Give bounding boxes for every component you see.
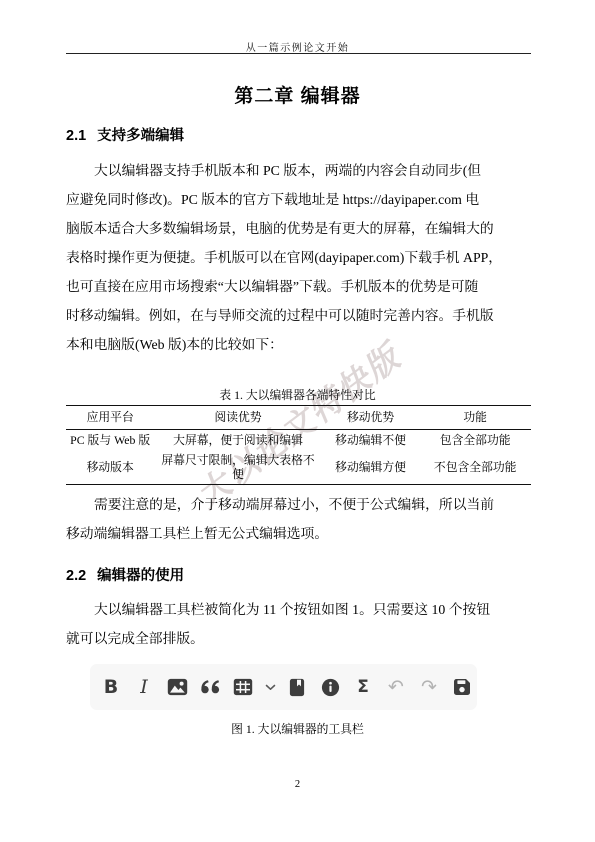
- figure-caption: 图 1. 大以编辑器的工具栏: [0, 720, 595, 737]
- table-cell: 屏幕尺寸限制，编辑大表格不便: [154, 450, 321, 485]
- paragraph-2: 需要注意的是，介于移动端屏幕过小，不便于公式编辑，所以当前 移动端编辑器工具栏上…: [66, 490, 531, 548]
- table-cell: PC 版与 Web 版: [66, 430, 154, 451]
- chapter-title: 第二章 编辑器: [0, 81, 595, 108]
- image-icon: [164, 671, 190, 703]
- section-title: 编辑器的使用: [97, 568, 184, 584]
- table-icon: [230, 671, 256, 703]
- section-number: 2.1: [66, 128, 86, 144]
- text-line: 应避免同时修改)。PC 版本的官方下载地址是 https://dayipaper…: [66, 185, 531, 214]
- undo-icon: ↶: [383, 671, 409, 703]
- paragraph-3: 大以编辑器工具栏被简化为 11 个按钮如图 1。只需要这 10 个按钮 就可以完…: [66, 595, 531, 653]
- table-cell: 移动编辑方便: [322, 450, 420, 485]
- table-cell: 移动版本: [66, 450, 154, 485]
- table-cell: 移动编辑不便: [322, 430, 420, 451]
- save-icon: [449, 671, 475, 703]
- section-heading-2-1: 2.1支持多端编辑: [66, 124, 184, 145]
- document-page: 大以论文特快版 从一篇示例论文开始 第二章 编辑器 2.1支持多端编辑 大以编辑…: [0, 0, 595, 842]
- blockquote-icon: [197, 671, 223, 703]
- info-icon: [317, 671, 343, 703]
- formula-icon: Σ: [350, 671, 376, 703]
- text-line: 大以编辑器工具栏被简化为 11 个按钮如图 1。只需要这 10 个按钮: [66, 595, 531, 624]
- page-number: 2: [0, 779, 595, 790]
- text-line: 脑版本适合大多数编辑场景，电脑的优势是有更大的屏幕，在编辑大的: [66, 214, 531, 243]
- text-line: 大以编辑器支持手机版本和 PC 版本，两端的内容会自动同步(但: [66, 156, 531, 185]
- table-cell: 不包含全部功能: [419, 450, 531, 485]
- table-cell: 大屏幕，便于阅读和编辑: [154, 430, 321, 451]
- running-header: 从一篇示例论文开始: [0, 39, 595, 54]
- text-line: 就可以完成全部排版。: [66, 624, 531, 653]
- text-line: 移动端编辑器工具栏上暂无公式编辑选项。: [66, 519, 531, 548]
- column-header: 阅读优势: [154, 406, 321, 430]
- column-header: 功能: [419, 406, 531, 430]
- paragraph-1: 大以编辑器支持手机版本和 PC 版本，两端的内容会自动同步(但 应避免同时修改)…: [66, 156, 531, 359]
- italic-icon: I: [131, 671, 157, 703]
- page-content: 从一篇示例论文开始 第二章 编辑器 2.1支持多端编辑 大以编辑器支持手机版本和…: [0, 0, 595, 842]
- table-caption: 表 1. 大以编辑器各端特性对比: [0, 386, 595, 403]
- comparison-table: 应用平台 阅读优势 移动优势 功能 PC 版与 Web 版 大屏幕，便于阅读和编…: [66, 405, 531, 485]
- book-icon: [284, 671, 310, 703]
- text-line: 也可直接在应用市场搜索“大以编辑器”下载。手机版本的优势是可随: [66, 272, 531, 301]
- header-rule: [66, 53, 531, 54]
- table-cell: 包含全部功能: [419, 430, 531, 451]
- table-row: PC 版与 Web 版 大屏幕，便于阅读和编辑 移动编辑不便 包含全部功能: [66, 430, 531, 451]
- table-header-row: 应用平台 阅读优势 移动优势 功能: [66, 406, 531, 430]
- bold-icon: B: [98, 671, 124, 703]
- section-title: 支持多端编辑: [97, 128, 184, 144]
- text-line: 本和电脑版(Web 版)本的比较如下：: [66, 330, 531, 359]
- section-number: 2.2: [66, 568, 86, 584]
- redo-icon: ↷: [416, 671, 442, 703]
- text-line: 需要注意的是，介于移动端屏幕过小，不便于公式编辑，所以当前: [66, 490, 531, 519]
- text-line: 表格时操作更为便捷。手机版可以在官网(dayipaper.com)下载手机 AP…: [66, 243, 531, 272]
- column-header: 移动优势: [322, 406, 420, 430]
- chevron-down-icon: [263, 671, 277, 703]
- column-header: 应用平台: [66, 406, 154, 430]
- editor-toolbar-figure: B I: [90, 664, 477, 710]
- text-line: 时移动编辑。例如，在与导师交流的过程中可以随时完善内容。手机版: [66, 301, 531, 330]
- section-heading-2-2: 2.2编辑器的使用: [66, 564, 184, 585]
- table-row: 移动版本 屏幕尺寸限制，编辑大表格不便 移动编辑方便 不包含全部功能: [66, 450, 531, 485]
